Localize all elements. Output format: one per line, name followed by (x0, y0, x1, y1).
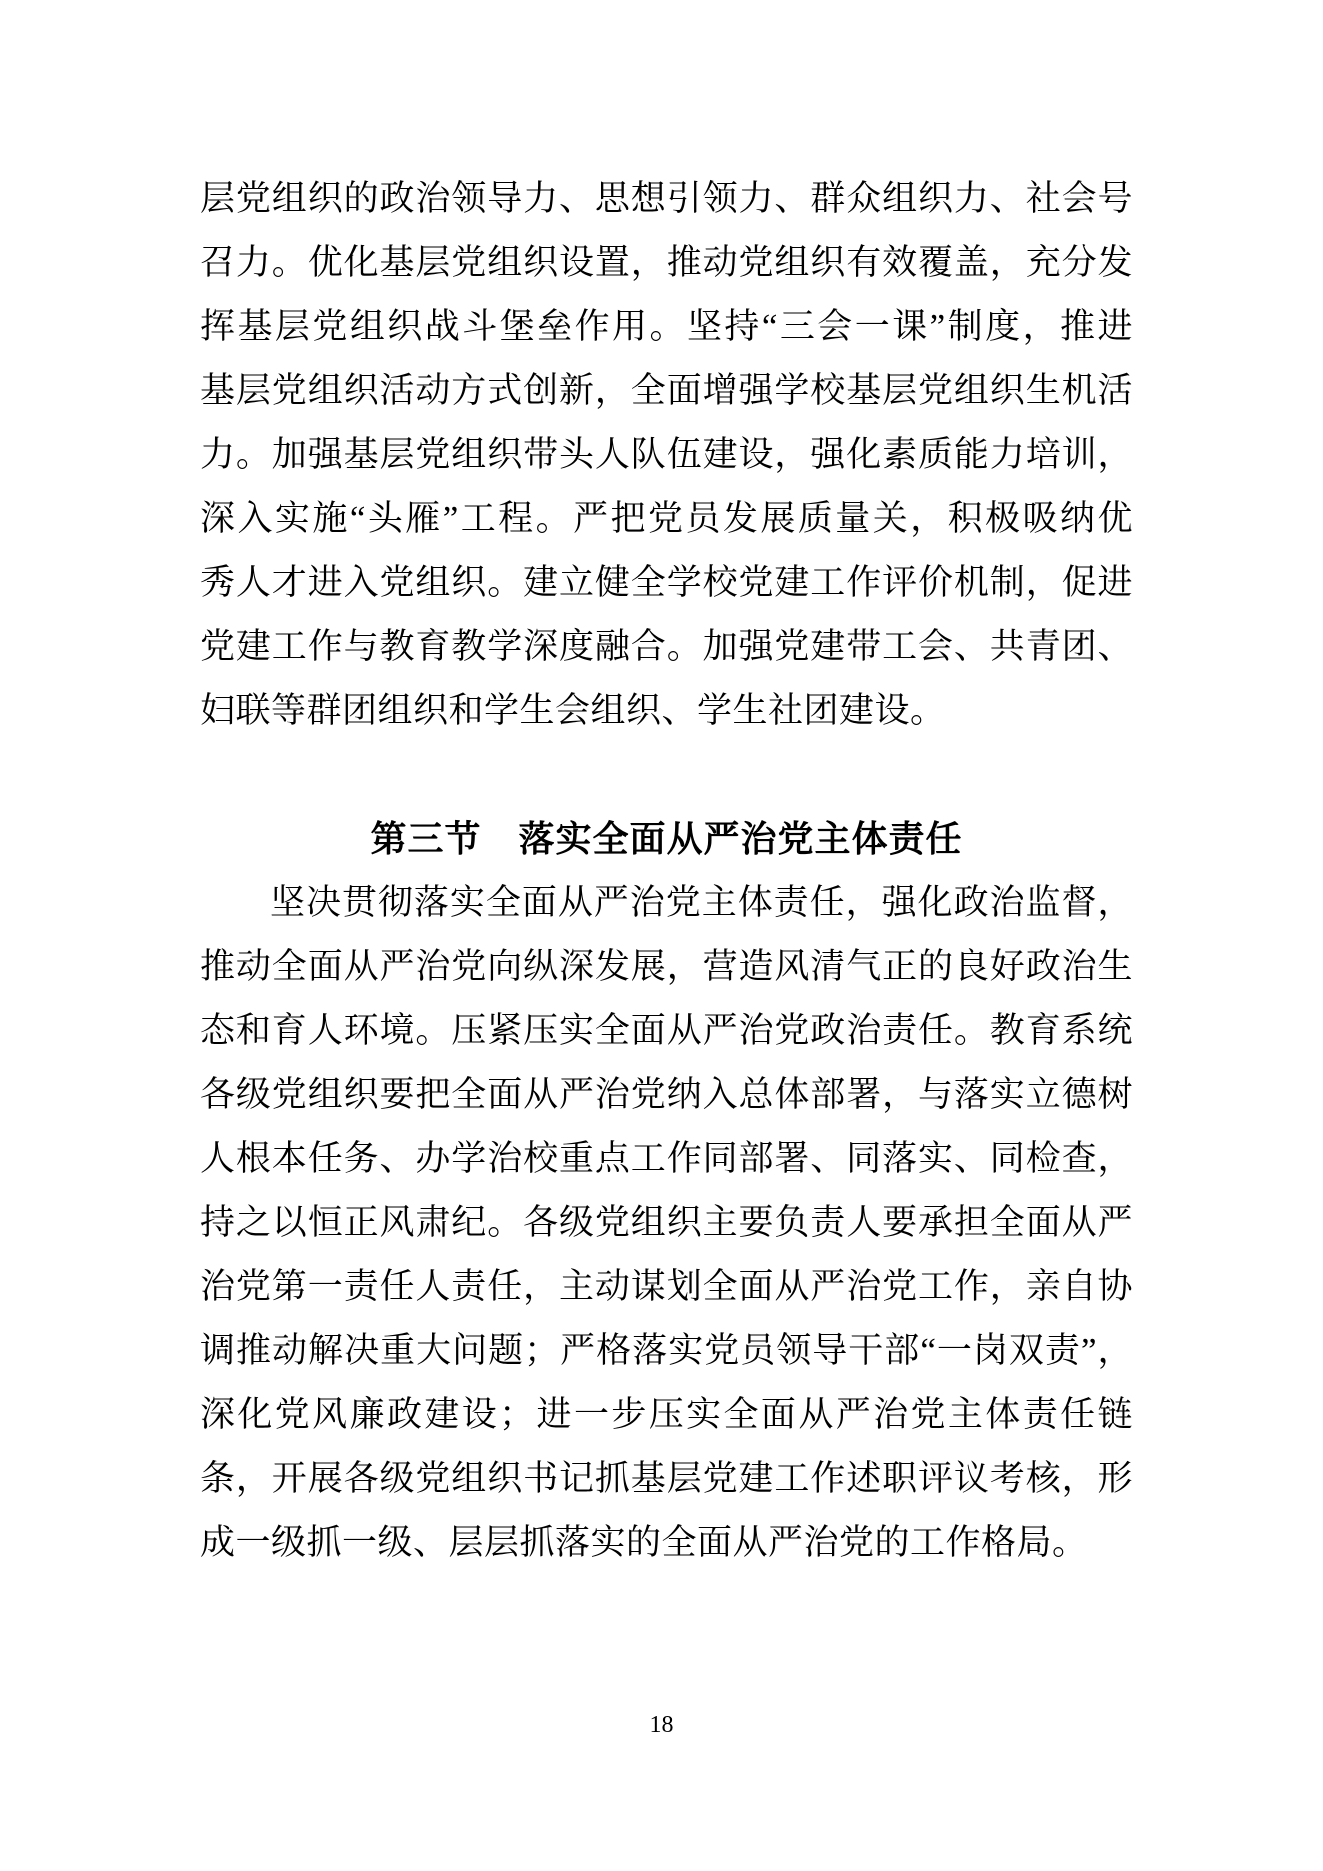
text-line: 调推动解决重大问题；严格落实党员领导干部“一岗双责”， (200, 1319, 1133, 1383)
page-number: 18 (0, 1708, 1323, 1742)
text-line: 深化党风廉政建设；进一步压实全面从严治党主体责任链 (200, 1383, 1133, 1447)
text-line: 深入实施“头雁”工程。严把党员发展质量关，积极吸纳优 (200, 487, 1133, 551)
text-line: 挥基层党组织战斗堡垒作用。坚持“三会一课”制度，推进 (200, 295, 1133, 359)
text-line: 基层党组织活动方式创新，全面增强学校基层党组织生机活 (200, 359, 1133, 423)
text-line: 妇联等群团组织和学生会组织、学生社团建设。 (200, 679, 1133, 743)
body-paragraph-1: 层党组织的政治领导力、思想引领力、群众组织力、社会号 召力。优化基层党组织设置，… (200, 167, 1133, 743)
text-line: 党建工作与教育教学深度融合。加强党建带工会、共青团、 (200, 615, 1133, 679)
text-line: 条，开展各级党组织书记抓基层党建工作述职评议考核，形 (200, 1447, 1133, 1511)
body-paragraph-2: 坚决贯彻落实全面从严治党主体责任，强化政治监督， 推动全面从严治党向纵深发展，营… (200, 871, 1133, 1575)
text-line: 各级党组织要把全面从严治党纳入总体部署，与落实立德树 (200, 1063, 1133, 1127)
text-line: 层党组织的政治领导力、思想引领力、群众组织力、社会号 (200, 167, 1133, 231)
text-line: 召力。优化基层党组织设置，推动党组织有效覆盖，充分发 (200, 231, 1133, 295)
text-line: 力。加强基层党组织带头人队伍建设，强化素质能力培训， (200, 423, 1133, 487)
text-line: 推动全面从严治党向纵深发展，营造风清气正的良好政治生 (200, 935, 1133, 999)
document-body: 层党组织的政治领导力、思想引领力、群众组织力、社会号 召力。优化基层党组织设置，… (200, 167, 1133, 1575)
text-line: 秀人才进入党组织。建立健全学校党建工作评价机制，促进 (200, 551, 1133, 615)
section-heading: 第三节 落实全面从严治党主体责任 (200, 807, 1133, 871)
text-line: 成一级抓一级、层层抓落实的全面从严治党的工作格局。 (200, 1511, 1133, 1575)
text-line: 态和育人环境。压紧压实全面从严治党政治责任。教育系统 (200, 999, 1133, 1063)
text-line: 坚决贯彻落实全面从严治党主体责任，强化政治监督， (200, 871, 1133, 935)
text-line: 治党第一责任人责任，主动谋划全面从严治党工作，亲自协 (200, 1255, 1133, 1319)
text-line: 持之以恒正风肃纪。各级党组织主要负责人要承担全面从严 (200, 1191, 1133, 1255)
text-line: 人根本任务、办学治校重点工作同部署、同落实、同检查， (200, 1127, 1133, 1191)
document-page: 层党组织的政治领导力、思想引领力、群众组织力、社会号 召力。优化基层党组织设置，… (0, 0, 1323, 1871)
